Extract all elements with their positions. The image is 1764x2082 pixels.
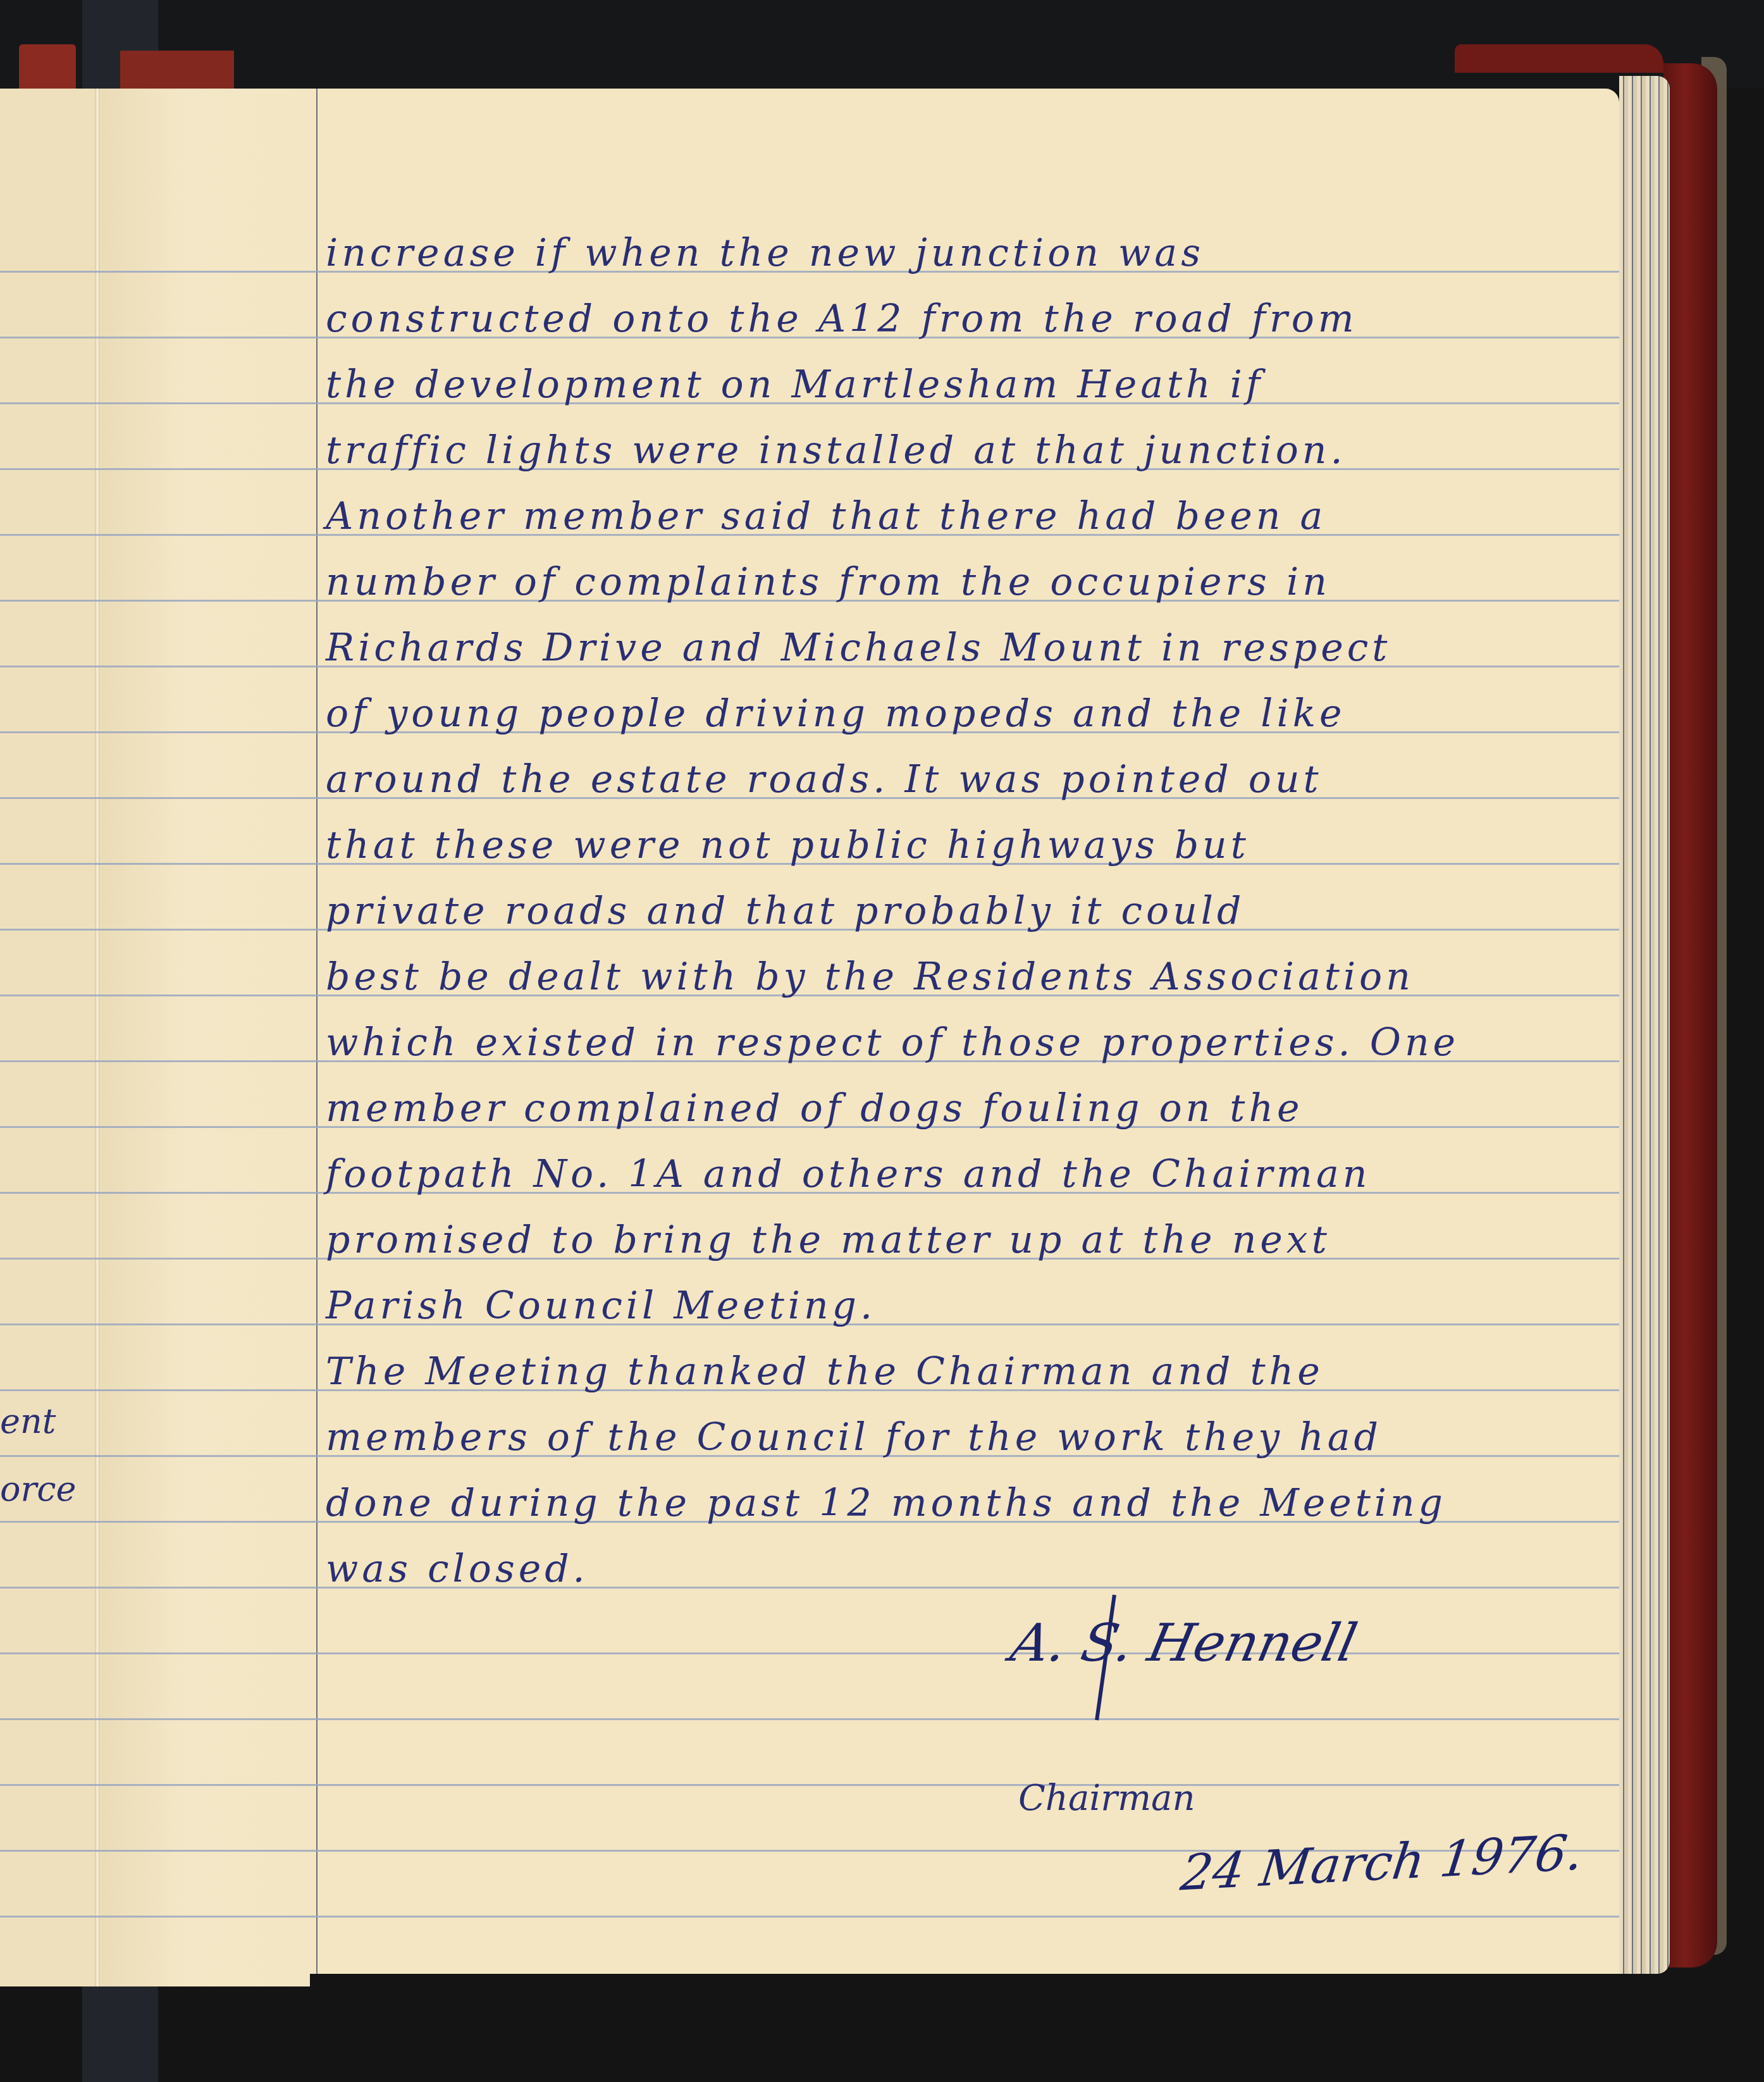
chairman-signature: A. S. Hennell (1006, 1613, 1362, 1673)
text-line: members of the Council for the work they… (326, 1418, 1382, 1456)
text-line: promised to bring the matter up at the n… (326, 1221, 1331, 1259)
left-page (0, 89, 101, 1986)
text-line: member complained of dogs fouling on the (326, 1089, 1304, 1127)
text-line: Parish Council Meeting. (326, 1287, 876, 1325)
cover-leather-fragment (19, 44, 76, 89)
ruled-line (0, 1718, 1619, 1720)
page-fold (95, 89, 100, 1986)
ruled-line (0, 1916, 1619, 1918)
text-line: was closed. (326, 1550, 589, 1588)
book-cover-edge (1663, 63, 1717, 1967)
left-page-fragment: ent (0, 1401, 56, 1441)
text-line: done during the past 12 months and the M… (326, 1484, 1446, 1522)
text-line: of young people driving mopeds and the l… (326, 695, 1346, 733)
margin-line (316, 89, 318, 1974)
gutter (101, 89, 310, 1986)
text-line: footpath No. 1A and others and the Chair… (326, 1155, 1371, 1193)
ruled-line (0, 1652, 1619, 1654)
page-block-edge (1619, 76, 1670, 1974)
text-line: that these were not public highways but (326, 826, 1250, 864)
text-line: traffic lights were installed at that ju… (326, 431, 1347, 469)
text-line: best be dealt with by the Residents Asso… (326, 958, 1414, 996)
text-line: number of complaints from the occupiers … (326, 563, 1331, 601)
cover-leather-fragment (120, 51, 234, 89)
spine-ribbon-bottom (82, 1986, 158, 2082)
left-page-fragment: orce (0, 1469, 77, 1509)
text-line: constructed onto the A12 from the road f… (326, 300, 1358, 338)
ruled-line (0, 1587, 1619, 1589)
text-line: around the estate roads. It was pointed … (326, 760, 1323, 798)
text-line: increase if when the new junction was (326, 234, 1204, 272)
cover-leather-fragment (1455, 44, 1663, 73)
signatory-title: Chairman (1018, 1778, 1195, 1819)
text-line: Another member said that there had been … (326, 497, 1326, 535)
text-line: which existed in respect of those proper… (326, 1024, 1459, 1062)
text-line: Richards Drive and Michaels Mount in res… (326, 629, 1391, 667)
text-line: The Meeting thanked the Chairman and the (326, 1353, 1324, 1391)
text-line: private roads and that probably it could (326, 892, 1245, 930)
text-line: the development on Martlesham Heath if (326, 366, 1264, 404)
ruled-line (0, 1784, 1619, 1786)
